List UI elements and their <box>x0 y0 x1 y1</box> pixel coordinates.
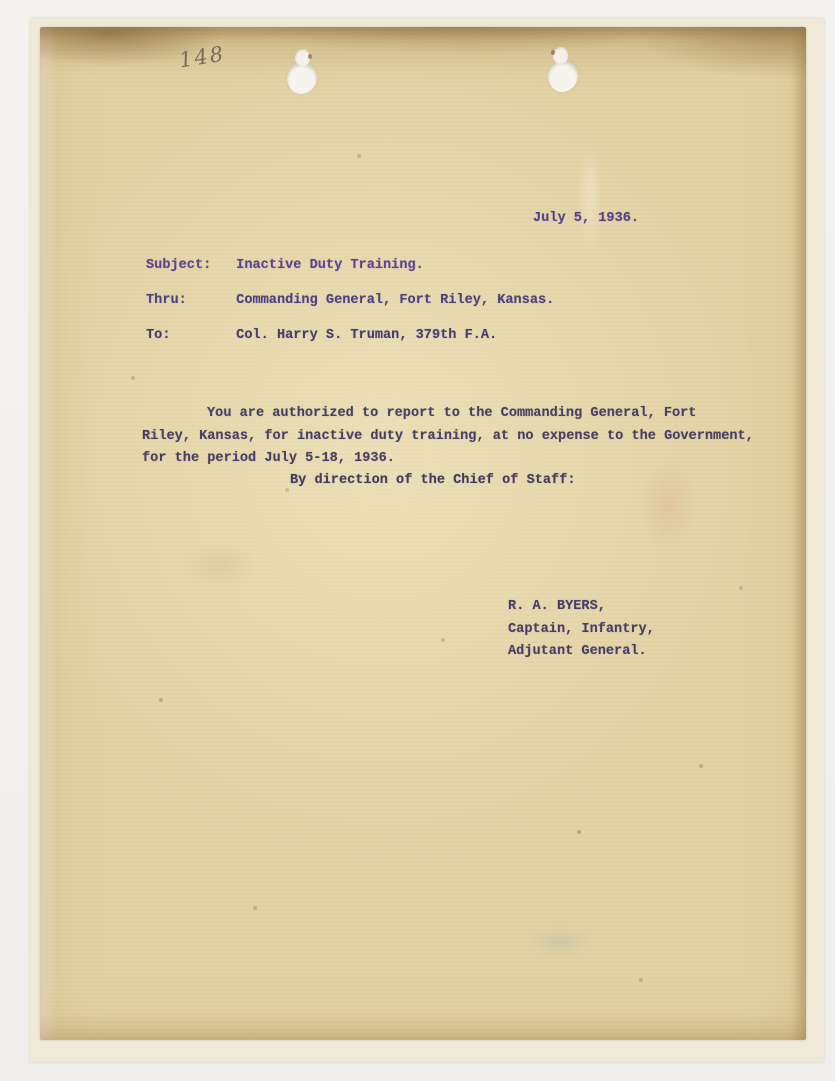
signature-name: R. A. BYERS, <box>508 596 655 619</box>
field-to-label: To: <box>146 328 228 343</box>
body-line: Riley, Kansas, for inactive duty trainin… <box>142 426 754 449</box>
signature-rank: Captain, Infantry, <box>508 619 655 642</box>
punch-hole-left <box>287 62 317 94</box>
closing-line: By direction of the Chief of Staff: <box>290 473 576 488</box>
field-subject: Subject: Inactive Duty Training. <box>146 258 424 273</box>
document-page: 148 July 5, 1936. Subject: Inactive Duty… <box>40 27 806 1040</box>
field-thru: Thru: Commanding General, Fort Riley, Ka… <box>146 293 554 308</box>
field-thru-label: Thru: <box>146 293 228 308</box>
signature-block: R. A. BYERS, Captain, Infantry, Adjutant… <box>508 596 655 664</box>
field-to: To: Col. Harry S. Truman, 379th F.A. <box>146 328 497 343</box>
scan-background: 148 July 5, 1936. Subject: Inactive Duty… <box>0 0 835 1081</box>
punch-hole-right <box>548 60 578 92</box>
body-line: for the period July 5-18, 1936. <box>142 448 754 471</box>
field-to-value: Col. Harry S. Truman, 379th F.A. <box>236 328 497 343</box>
date-line: July 5, 1936. <box>533 211 639 226</box>
handwritten-page-number: 148 <box>177 42 226 73</box>
field-subject-value: Inactive Duty Training. <box>236 258 424 273</box>
field-thru-value: Commanding General, Fort Riley, Kansas. <box>236 293 554 308</box>
body-paragraph: You are authorized to report to the Comm… <box>142 403 754 471</box>
signature-title: Adjutant General. <box>508 641 655 664</box>
paper-speckles <box>40 27 42 29</box>
field-subject-label: Subject: <box>146 258 228 273</box>
body-line: You are authorized to report to the Comm… <box>142 403 754 426</box>
